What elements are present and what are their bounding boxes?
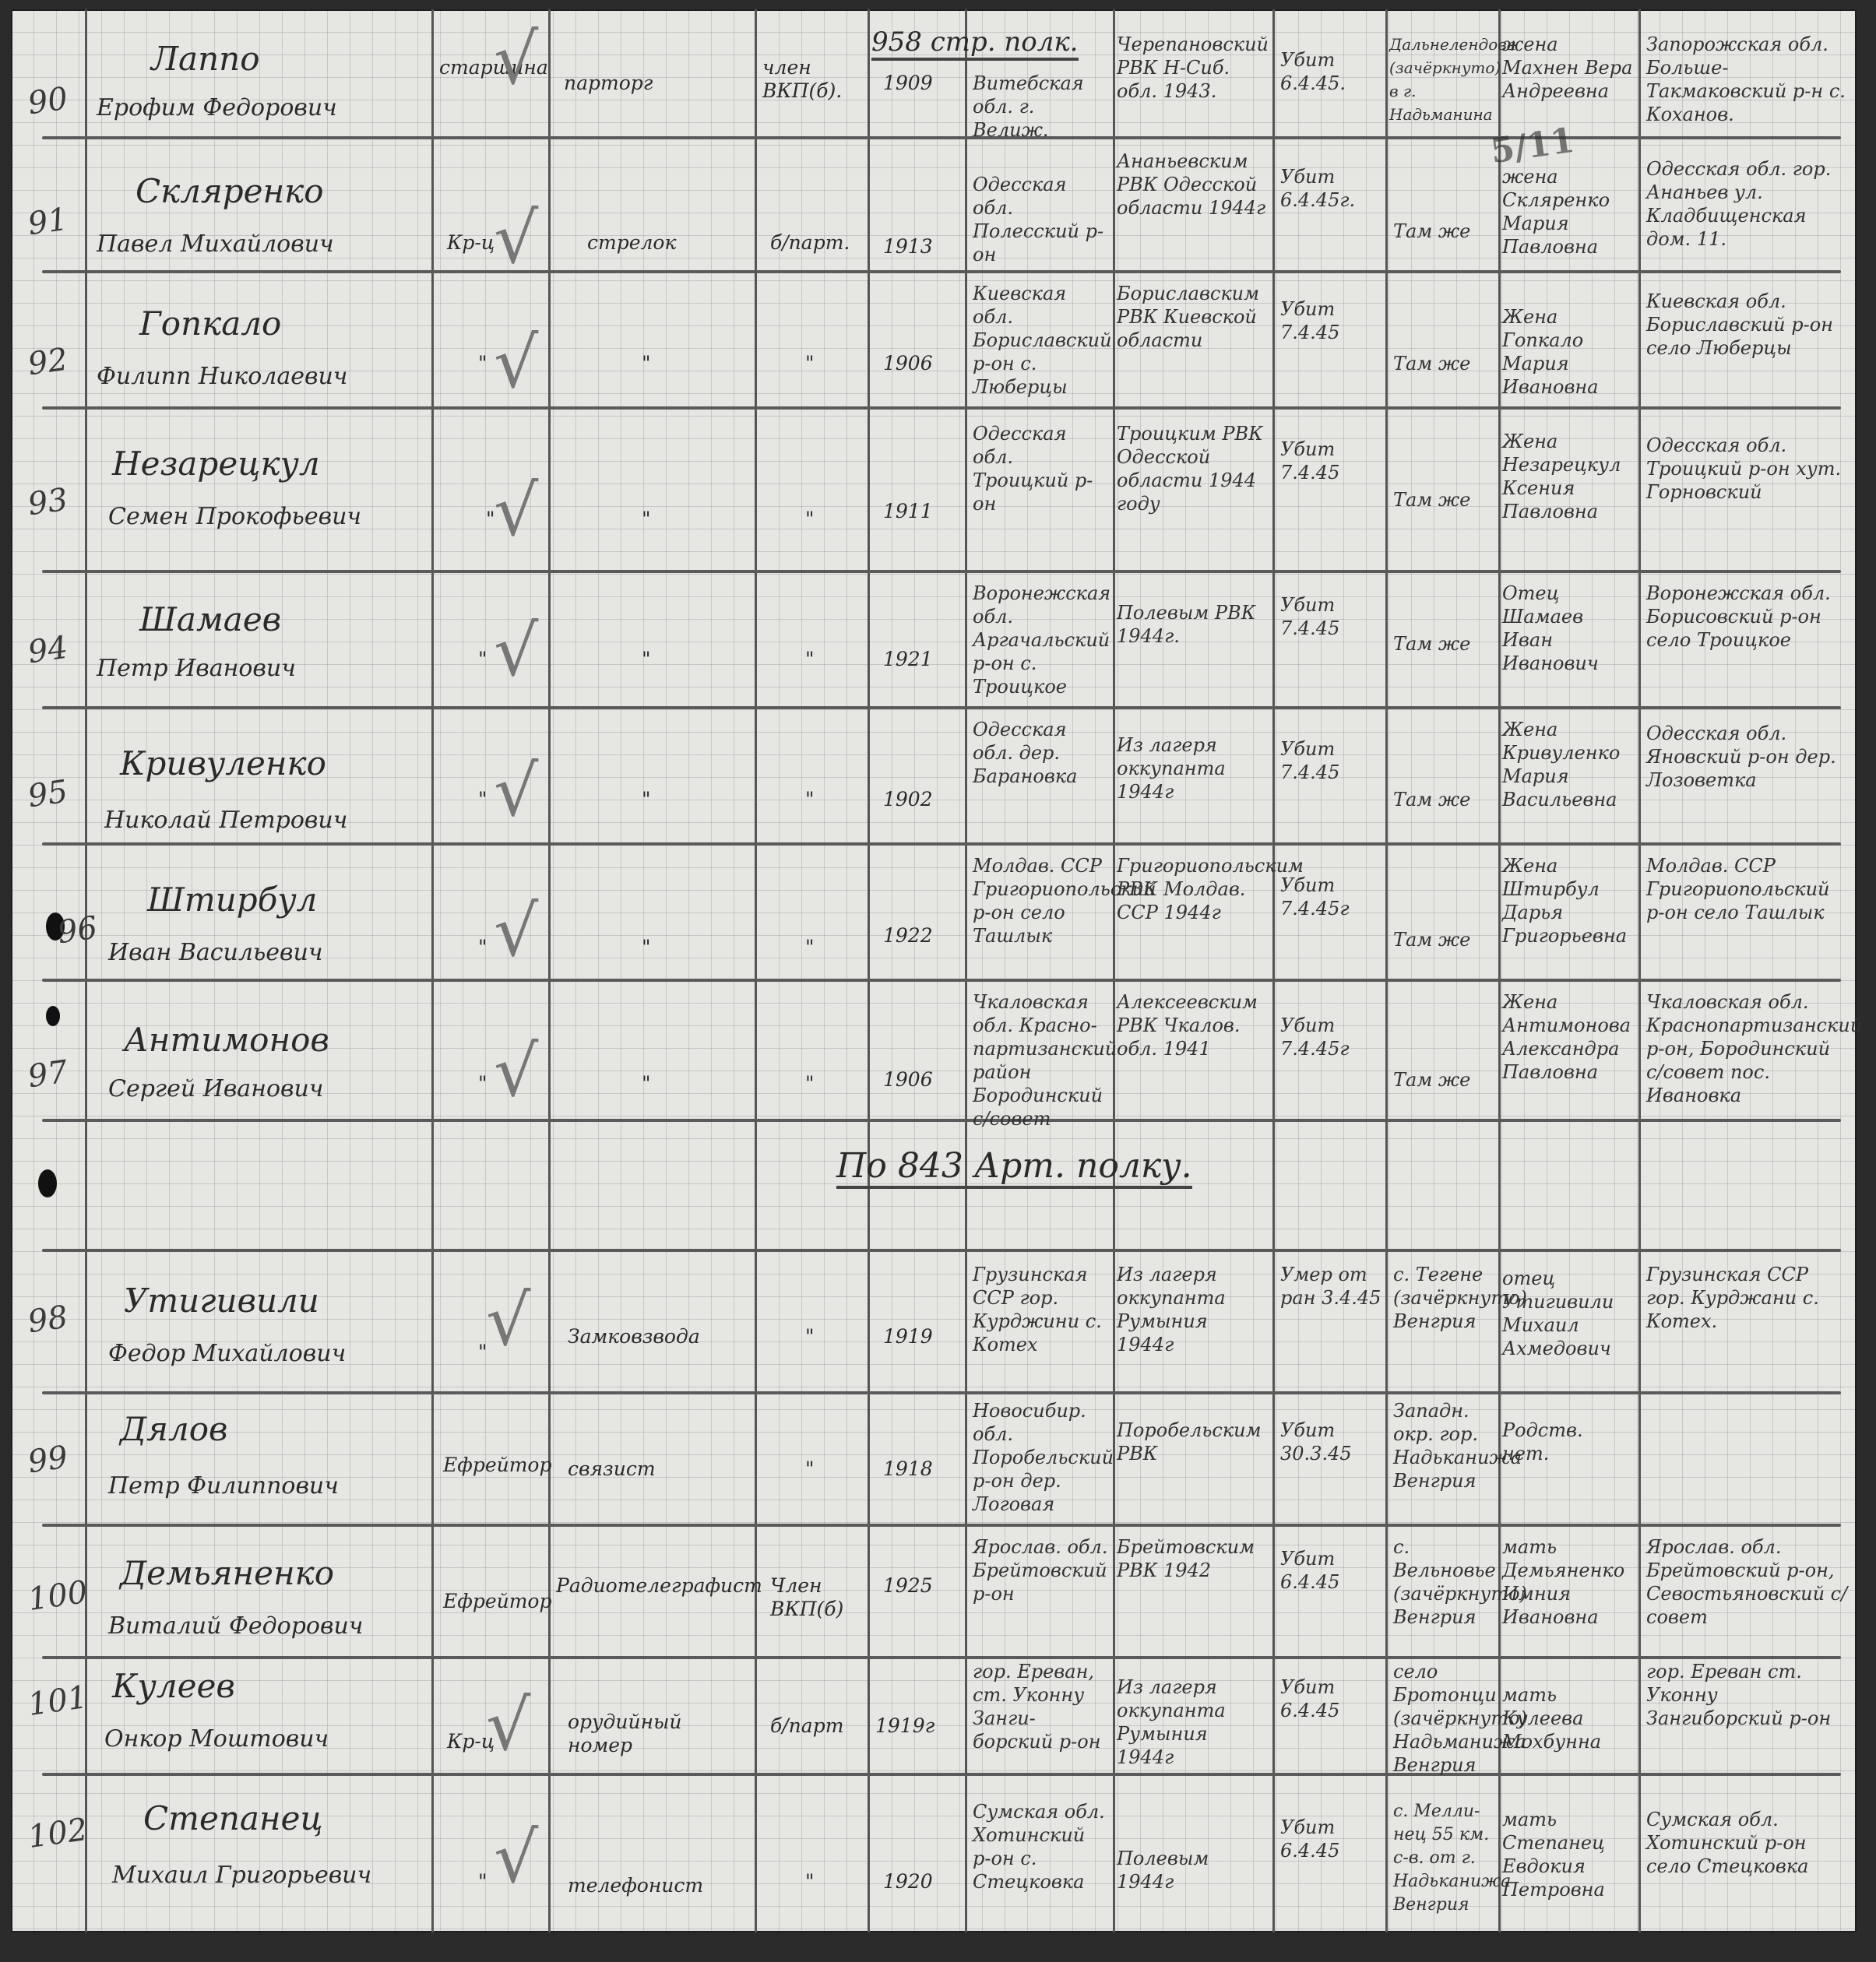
party: " <box>805 1870 815 1893</box>
row-number: 99 <box>26 1440 70 1481</box>
rvk: Из лагеря оккупанта 1944г <box>1117 733 1269 803</box>
row-number: 91 <box>26 202 70 243</box>
position: стрелок <box>587 231 676 255</box>
burial-place: Дальнелендова (зачёркнуто) в г. Надьмани… <box>1389 33 1498 126</box>
birth-year: 1913 <box>883 235 933 258</box>
killed-date: Убит 7.4.45г <box>1280 1014 1381 1060</box>
birth-year: 1906 <box>883 352 933 375</box>
burial-place: Там же <box>1393 220 1494 243</box>
row-number: 90 <box>26 81 70 122</box>
given-name: Семен Прокофьевич <box>108 504 361 530</box>
position: Замковзвода <box>568 1325 700 1348</box>
relatives: отец Утигивили Михаил Ахмедович <box>1502 1267 1635 1360</box>
row-number: 100 <box>26 1574 90 1618</box>
column-rule <box>548 9 551 1932</box>
row-number: 97 <box>26 1054 70 1095</box>
column-rule <box>1272 9 1275 1932</box>
birthplace: Одесская обл. дер. Барановка <box>973 718 1109 788</box>
column-rule <box>85 9 87 1932</box>
birth-year: 1909 <box>883 72 933 95</box>
row-number: 101 <box>26 1679 90 1723</box>
birthplace: Одесская обл. Троицкий р-он <box>973 422 1109 515</box>
party: б/парт. <box>770 231 850 255</box>
birthplace: Ярослав. обл. Брейтовский р-он <box>973 1535 1109 1605</box>
row-rule <box>42 1391 1841 1394</box>
birth-year: 1919г <box>875 1714 934 1738</box>
row-number: 95 <box>26 774 70 815</box>
killed-date: Убит 7.4.45 <box>1280 593 1381 640</box>
birthplace: Одесская обл. Полесский р-он <box>973 173 1109 266</box>
rvk: Поробельским РВК <box>1117 1419 1269 1465</box>
check-mark-icon: √ <box>486 1286 530 1356</box>
relatives: мать Демьяненко Имния Ивановна <box>1502 1535 1635 1629</box>
killed-date: Убит 6.4.45. <box>1280 48 1381 95</box>
killed-date: Убит 6.4.45г. <box>1280 165 1381 212</box>
rvk: Полевым РВК 1944г. <box>1117 601 1269 648</box>
column-rule <box>868 9 870 1932</box>
given-name: Николай Петрович <box>104 807 347 834</box>
burial-place: с. Вельновье (зачёркнуто) Венгрия <box>1393 1535 1494 1629</box>
birth-year: 1906 <box>883 1068 933 1092</box>
unit-header: 958 стр. полк. <box>871 26 1079 61</box>
column-rule <box>1498 9 1501 1932</box>
birth-year: 1920 <box>883 1870 933 1893</box>
check-mark-icon: √ <box>494 329 538 399</box>
relatives-address: Киевская обл. Бориславский р-он село Люб… <box>1646 290 1849 360</box>
given-name: Ерофим Федорович <box>97 95 337 121</box>
party: б/парт <box>770 1714 843 1738</box>
burial-place: Там же <box>1393 788 1494 811</box>
birthplace: Киевская обл. Бориславский р-он с. Любер… <box>973 282 1109 399</box>
rank: Кр-ц <box>447 231 495 255</box>
surname: Кулеев <box>112 1668 235 1705</box>
party: член ВКП(б). <box>762 56 864 103</box>
surname: Кривуленко <box>120 745 326 782</box>
position: связист <box>568 1457 656 1481</box>
row-rule <box>42 1773 1841 1776</box>
birthplace: Воронежская обл. Аргачальский р-он с. Тр… <box>973 582 1109 698</box>
rank: " <box>478 648 487 671</box>
relatives: Отец Шамаев Иван Иванович <box>1502 582 1635 675</box>
row-rule <box>42 1656 1841 1659</box>
position: " <box>642 648 651 671</box>
position: парторг <box>564 72 653 95</box>
given-name: Онкор Моштович <box>104 1726 329 1753</box>
relatives-address: Молдав. ССР Григориопольский р-он село Т… <box>1646 854 1849 924</box>
birthplace: Молдав. ССР Григориопольский р-он село Т… <box>973 854 1109 948</box>
birth-year: 1911 <box>883 500 933 523</box>
rank: " <box>478 936 487 959</box>
rvk: Черепановский РВК Н-Сиб. обл. 1943. <box>1117 33 1269 103</box>
given-name: Петр Иванович <box>97 656 296 682</box>
killed-date: Убит 7.4.45г <box>1280 874 1381 920</box>
relatives: мать Степанец Евдокия Петровна <box>1502 1808 1635 1901</box>
relatives-address: Сумская обл. Хотинский р-он село Стецков… <box>1646 1808 1849 1878</box>
ledger-page: 958 стр. полк. 5/11 По 843 Арт. полку. 9… <box>11 9 1857 1932</box>
position: " <box>642 352 651 375</box>
relatives-address: Одесская обл. Яновский р-он дер. Лозовет… <box>1646 722 1849 792</box>
relatives: мать Кулеева Мохбунна <box>1502 1683 1635 1753</box>
party: " <box>805 508 815 531</box>
relatives-address: Воронежская обл. Борисовский р-он село Т… <box>1646 582 1849 652</box>
row-number: 98 <box>26 1299 70 1341</box>
given-name: Виталий Федорович <box>108 1613 363 1640</box>
position: " <box>642 508 651 531</box>
burial-place: с. Мелли-нец 55 км. с-в. от г. Надьканиж… <box>1393 1800 1494 1917</box>
relatives-address: Одесская обл. гор. Ананьев ул. Кладбищен… <box>1646 157 1849 251</box>
row-rule <box>42 406 1841 410</box>
burial-place: Там же <box>1393 1068 1494 1092</box>
rank: Ефрейтор <box>443 1590 551 1613</box>
party: " <box>805 1457 815 1481</box>
burial-place: с. Тегене (зачёркнуто) Венгрия <box>1393 1263 1494 1333</box>
party: " <box>805 1072 815 1095</box>
column-rule <box>755 9 757 1932</box>
section-heading: По 843 Арт. полку. <box>836 1146 1192 1189</box>
rank: " <box>478 1870 487 1893</box>
check-mark-icon: √ <box>494 1823 538 1893</box>
punch-hole <box>38 1169 57 1197</box>
rank: " <box>478 788 487 811</box>
party: " <box>805 788 815 811</box>
relatives: жена Махнен Вера Андреевна <box>1502 33 1635 103</box>
birthplace: гор. Ереван, ст. Уконну Занги-борский р-… <box>973 1660 1109 1753</box>
column-rule <box>1113 9 1115 1932</box>
birthplace: Сумская обл. Хотинский р-он с. Стецковка <box>973 1800 1109 1893</box>
relatives: Родств. нет. <box>1502 1419 1635 1465</box>
row-number: 92 <box>26 342 70 383</box>
relatives-address: гор. Ереван ст. Уконну Зангиборский р-он <box>1646 1660 1849 1730</box>
rvk: Троицким РВК Одесской области 1944 году <box>1117 422 1269 515</box>
killed-date: Убит 6.4.45 <box>1280 1675 1381 1722</box>
position: " <box>642 788 651 811</box>
row-number: 93 <box>26 482 70 523</box>
burial-place: Там же <box>1393 928 1494 951</box>
given-name: Павел Михайлович <box>97 231 334 258</box>
punch-hole <box>46 1006 60 1026</box>
given-name: Сергей Иванович <box>108 1076 323 1102</box>
relatives: Жена Незарецкул Ксения Павловна <box>1502 430 1635 523</box>
killed-date: Убит 30.3.45 <box>1280 1419 1381 1465</box>
row-rule <box>42 706 1841 709</box>
rvk: Ананьевским РВК Одесской области 1944г <box>1117 149 1269 220</box>
row-rule <box>42 1249 1841 1252</box>
surname: Антимонов <box>124 1021 329 1059</box>
party: " <box>805 352 815 375</box>
birth-year: 1902 <box>883 788 933 811</box>
position: телефонист <box>568 1874 703 1897</box>
rank: Ефрейтор <box>443 1454 551 1477</box>
relatives: жена Скляренко Мария Павловна <box>1502 165 1635 258</box>
burial-place: Там же <box>1393 352 1494 375</box>
rvk: Из лагеря оккупанта Румыния 1944г <box>1117 1675 1269 1769</box>
surname: Шамаев <box>139 601 281 638</box>
party: " <box>805 648 815 671</box>
birth-year: 1919 <box>883 1325 933 1348</box>
burial-place: Там же <box>1393 632 1494 656</box>
position: " <box>642 936 651 959</box>
burial-place: Западн. окр. гор. Надьканижа Венгрия <box>1393 1399 1494 1493</box>
check-mark-icon: √ <box>494 476 538 547</box>
position: " <box>642 1072 651 1095</box>
relatives: Жена Гопкало Мария Ивановна <box>1502 305 1635 399</box>
birthplace: Чкаловская обл. Красно-партизанский райо… <box>973 990 1109 1130</box>
relatives: Жена Кривуленко Мария Васильевна <box>1502 718 1635 811</box>
relatives-address: Чкаловская обл. Краснопартизанский р-он,… <box>1646 990 1849 1107</box>
burial-place: село Бротонци (зачёркнуто) Надьманижа Ве… <box>1393 1660 1494 1777</box>
surname: Дялов <box>120 1411 227 1448</box>
row-rule <box>42 1524 1841 1527</box>
row-rule <box>42 842 1841 846</box>
relatives-address: Одесская обл. Троицкий р-он хут. Горновс… <box>1646 434 1849 504</box>
column-rule <box>965 9 967 1932</box>
birth-year: 1925 <box>883 1574 933 1598</box>
position: Радиотелеграфист <box>556 1574 751 1598</box>
rvk: Брейтовским РВК 1942 <box>1117 1535 1269 1582</box>
check-mark-icon: √ <box>486 1691 530 1761</box>
check-mark-icon: √ <box>494 25 538 95</box>
row-rule <box>42 270 1841 273</box>
relatives-address: Запорожская обл. Больше-Такмаковский р-н… <box>1646 33 1849 126</box>
killed-date: Убит 6.4.45 <box>1280 1547 1381 1594</box>
birth-year: 1922 <box>883 924 933 948</box>
check-mark-icon: √ <box>494 897 538 967</box>
column-rule <box>1638 9 1641 1932</box>
party: " <box>805 936 815 959</box>
relatives-address: Грузинская ССР гор. Курджани с. Котех. <box>1646 1263 1849 1333</box>
given-name: Иван Васильевич <box>108 940 323 966</box>
surname: Незарецкул <box>112 445 320 483</box>
surname: Утигивили <box>124 1282 319 1320</box>
surname: Гопкало <box>139 305 281 343</box>
given-name: Федор Михайлович <box>108 1341 346 1367</box>
rank: " <box>478 1072 487 1095</box>
given-name: Филипп Николаевич <box>97 364 347 390</box>
killed-date: Умер от ран 3.4.45 <box>1280 1263 1381 1310</box>
surname: Штирбул <box>147 881 317 919</box>
party: Член ВКП(б) <box>770 1574 864 1621</box>
relatives-address: Ярослав. обл. Брейтовский р-он, Севостья… <box>1646 1535 1849 1629</box>
killed-date: Убит 7.4.45 <box>1280 737 1381 784</box>
burial-place: Там же <box>1393 488 1494 512</box>
birthplace: Витебская обл. г. Велиж. <box>973 72 1109 142</box>
killed-date: Убит 6.4.45 <box>1280 1816 1381 1862</box>
rvk: Полевым 1944г <box>1117 1847 1269 1893</box>
stamp: 5/11 <box>1488 121 1577 172</box>
check-mark-icon: √ <box>494 757 538 827</box>
given-name: Михаил Григорьевич <box>112 1862 371 1889</box>
row-number: 96 <box>55 910 100 951</box>
rvk: Алексеевским РВК Чкалов. обл. 1941 <box>1117 990 1269 1060</box>
position: орудийный номер <box>568 1711 723 1757</box>
surname: Демьяненко <box>120 1555 334 1592</box>
surname: Скляренко <box>136 173 324 210</box>
row-rule <box>42 1119 1841 1122</box>
killed-date: Убит 7.4.45 <box>1280 438 1381 484</box>
row-rule <box>42 570 1841 573</box>
row-rule <box>42 979 1841 982</box>
rvk: Из лагеря оккупанта Румыния 1944г <box>1117 1263 1269 1356</box>
check-mark-icon: √ <box>494 617 538 687</box>
party: " <box>805 1325 815 1348</box>
birth-year: 1918 <box>883 1457 933 1481</box>
rank: " <box>478 352 487 375</box>
birth-year: 1921 <box>883 648 933 671</box>
row-number: 94 <box>26 630 70 671</box>
relatives: Жена Штирбул Дарья Григорьевна <box>1502 854 1635 948</box>
relatives: Жена Антимонова Александра Павловна <box>1502 990 1635 1084</box>
rvk: Бориславским РВК Киевской области <box>1117 282 1269 352</box>
given-name: Петр Филиппович <box>108 1473 339 1500</box>
rvk: Григориопольским РВК Молдав. ССР 1944г <box>1117 854 1269 924</box>
column-rule <box>431 9 434 1932</box>
killed-date: Убит 7.4.45 <box>1280 297 1381 344</box>
surname: Степанец <box>143 1800 323 1837</box>
column-rule <box>1385 9 1388 1932</box>
check-mark-icon: √ <box>494 204 538 274</box>
check-mark-icon: √ <box>494 1037 538 1107</box>
row-number: 102 <box>26 1812 90 1855</box>
surname: Лаппо <box>151 40 259 78</box>
birthplace: Новосибир. обл. Поробельский р-он дер. Л… <box>973 1399 1109 1516</box>
birthplace: Грузинская ССР гор. Курджини с. Котех <box>973 1263 1109 1356</box>
